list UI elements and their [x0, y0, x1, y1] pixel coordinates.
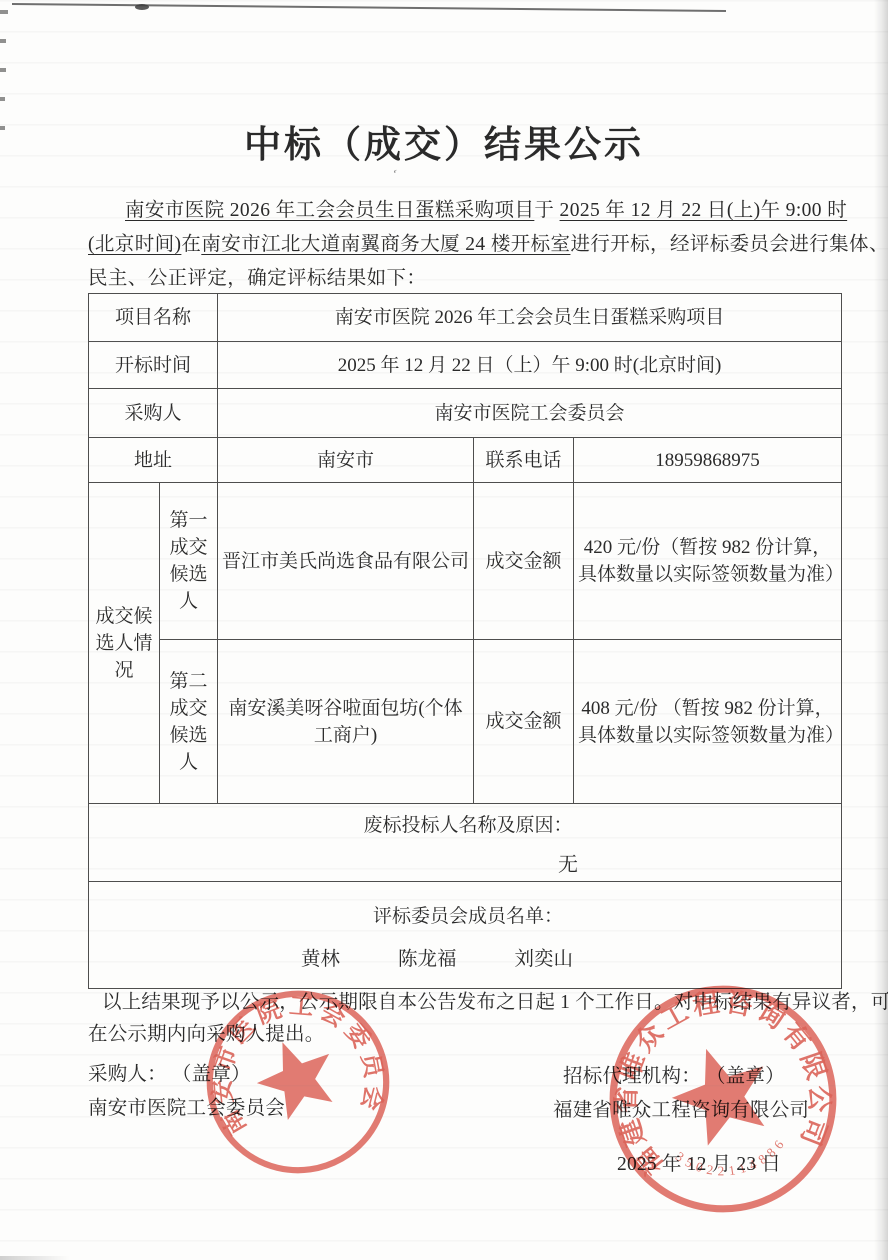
- scan-edge-dash: [0, 10, 8, 14]
- scan-corner-shadow: [0, 1256, 70, 1260]
- cell-committee: 评标委员会成员名单： 黄林 陈龙福 刘奕山: [89, 882, 842, 989]
- cell-opentime-value: 2025 年 12 月 22 日（上）午 9:00 时(北京时间): [218, 342, 842, 389]
- cell-candidate2-company: 南安溪美呀谷啦面包坊(个体工商户): [218, 640, 474, 804]
- cell-candidate2-amount: 408 元/份 （暂按 982 份计算，具体数量以实际签领数量为准）: [574, 640, 842, 804]
- purchaser-seal-stamp: 南安市医院工会委员会: [187, 971, 408, 1192]
- cell-project-label: 项目名称: [89, 294, 218, 342]
- intro-line-1: 南安市医院 2026 年工会会员生日蛋糕采购项目于 2025 年 12 月 22…: [125, 194, 847, 222]
- invalid-bids-label: 废标投标人名称及原因：: [93, 806, 837, 839]
- cell-candidate2-amount-label: 成交金额: [474, 640, 574, 804]
- scan-artifact-mark: ʻ: [390, 166, 399, 183]
- svg-text:35022114886: 35022114886: [671, 1132, 794, 1187]
- committee-label: 评标委员会成员名单：: [93, 897, 837, 930]
- intro-venue: 南安市江北大道南翼商务大厦 24 楼开标室: [201, 234, 570, 255]
- cell-purchaser-label: 采购人: [89, 389, 218, 438]
- scan-edge-dash: [0, 126, 5, 130]
- intro-plain: 进行开标，经评标委员会进行集体、: [570, 234, 888, 255]
- committee-member: 陈龙福: [398, 946, 457, 973]
- cell-phone-value: 18959868975: [574, 438, 842, 483]
- seal-serial-number: 35022114886: [671, 1132, 794, 1187]
- intro-timezone: (北京时间): [88, 234, 181, 255]
- cell-candidate1-company: 晋江市美氏尚选食品有限公司: [218, 483, 474, 640]
- cell-purchaser-value: 南安市医院工会委员会: [218, 389, 842, 438]
- intro-open-datetime: 2025 年 12 月 22 日(上)午 9:00 时: [560, 200, 848, 221]
- intro-line-2: (北京时间)在南安市江北大道南翼商务大厦 24 楼开标室进行开标，经评标委员会进…: [88, 228, 888, 256]
- intro-line-3: 民主、公正评定，确定评标结果如下：: [88, 262, 426, 290]
- intro-plain: 于: [534, 200, 559, 221]
- cell-address-label: 地址: [89, 438, 218, 483]
- seal-star-icon: [246, 1028, 346, 1126]
- cell-invalid-bids: 废标投标人名称及原因： 无: [89, 804, 842, 882]
- scan-edge-dash: [0, 97, 5, 101]
- agency-seal-stamp: 福建省唯众工程咨询有限公司 35022114886: [587, 963, 859, 1235]
- committee-member: 黄林: [301, 946, 340, 973]
- scan-edge-dash: [0, 39, 6, 43]
- cell-candidate1-rank: 第一成交候选人: [160, 483, 218, 640]
- invalid-bids-value: 无: [299, 852, 837, 879]
- intro-plain: 在: [181, 234, 201, 255]
- page-title: 中标（成交）结果公示: [0, 114, 888, 168]
- scan-edge-dash: [0, 68, 6, 72]
- scan-edge-shadow: [874, 0, 888, 1260]
- cell-opentime-label: 开标时间: [89, 342, 218, 389]
- scanned-document-page: ʻ 中标（成交）结果公示 南安市医院 2026 年工会会员生日蛋糕采购项目于 2…: [0, 0, 888, 1260]
- cell-candidate1-amount: 420 元/份（暂按 982 份计算，具体数量以实际签领数量为准）: [574, 483, 842, 640]
- cell-candidate2-rank: 第二成交候选人: [160, 640, 218, 804]
- cell-project-value: 南安市医院 2026 年工会会员生日蛋糕采购项目: [218, 294, 842, 342]
- committee-member: 刘奕山: [515, 946, 574, 973]
- seal-star-icon: [660, 1033, 781, 1151]
- cell-candidate1-amount-label: 成交金额: [474, 483, 574, 640]
- cell-phone-label: 联系电话: [474, 438, 574, 483]
- intro-project-name: 南安市医院 2026 年工会会员生日蛋糕采购项目: [125, 200, 534, 221]
- committee-members: 黄林 陈龙福 刘奕山: [301, 946, 837, 973]
- result-table: 项目名称 南安市医院 2026 年工会会员生日蛋糕采购项目 开标时间 2025 …: [88, 293, 842, 989]
- cell-address-value: 南安市: [218, 438, 474, 483]
- scan-edge-line: [0, 0, 760, 20]
- cell-candidates-group-label: 成交候选人情况: [89, 483, 160, 804]
